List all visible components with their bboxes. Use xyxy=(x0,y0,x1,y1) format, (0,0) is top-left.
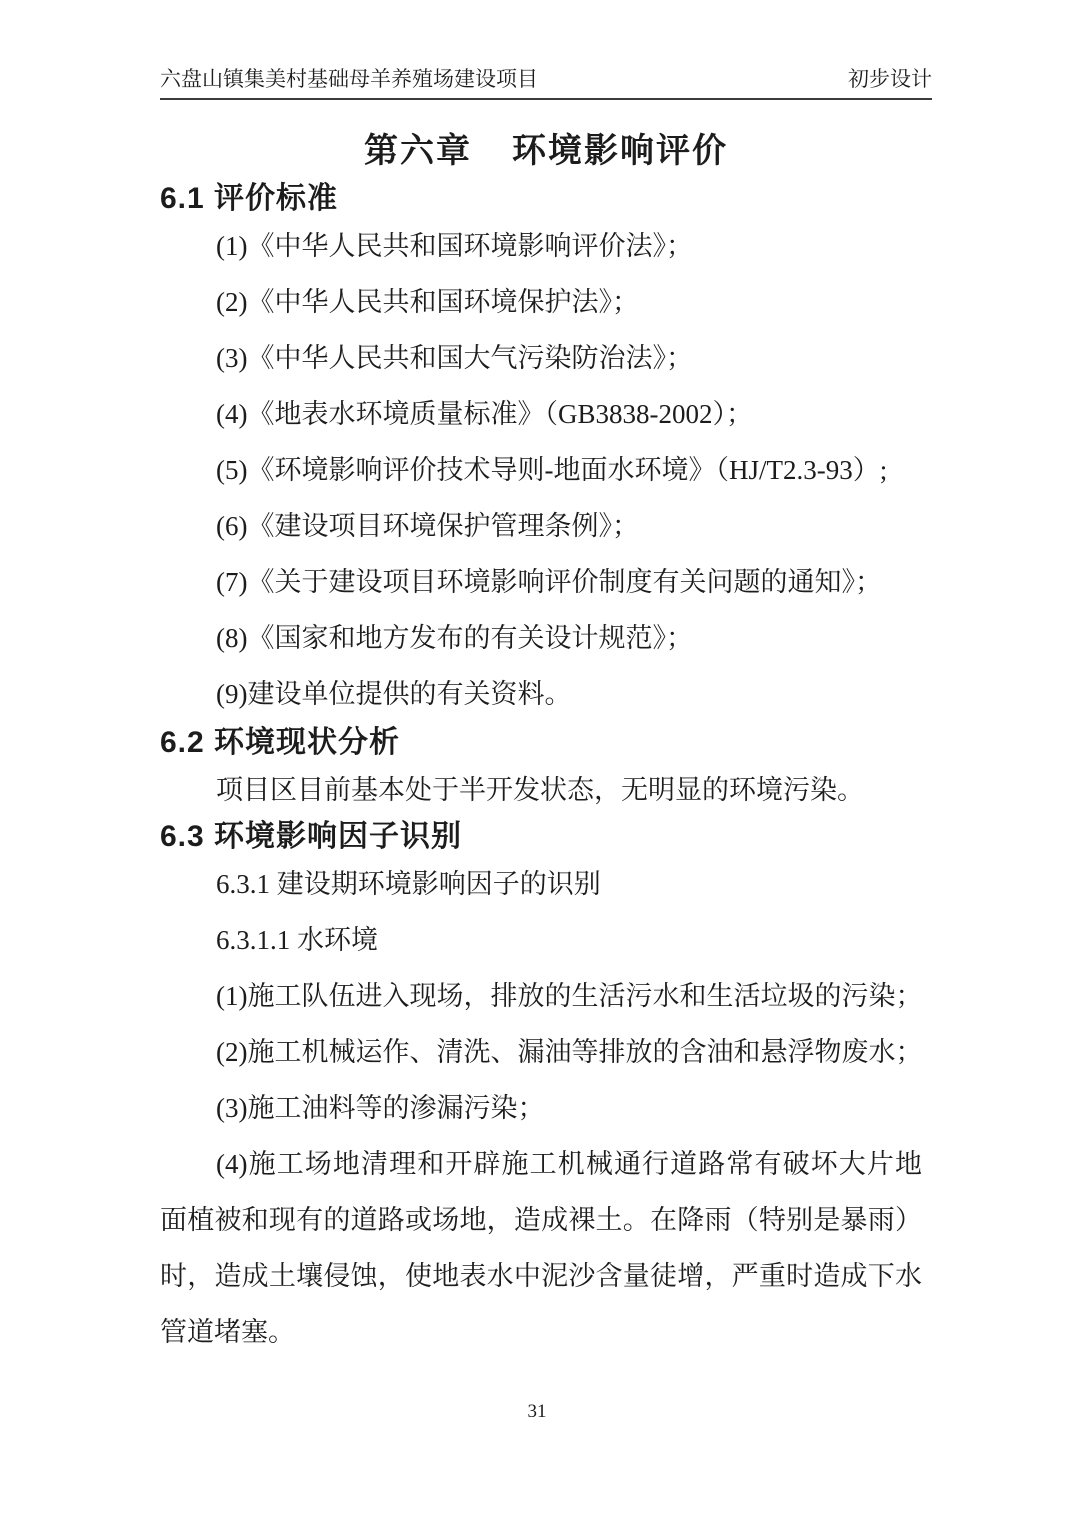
sub-heading-6-3-1-1: 6.3.1.1 水环境 xyxy=(160,912,932,968)
header-doc-type: 初步设计 xyxy=(848,64,932,94)
list-item-6-1-1: (1)《中华人民共和国环境影响评价法》； xyxy=(160,218,932,274)
list-item-6-1-5: (5)《环境影响评价技术导则-地面水环境》（HJ/T2.3-93）; xyxy=(160,442,932,498)
list-item-6-3-4: (4)施工场地清理和开辟施工机械通行道路常有破坏大片地面植被和现有的道路或场地，… xyxy=(160,1136,932,1360)
list-item-6-3-3: (3)施工油料等的渗漏污染； xyxy=(160,1080,932,1136)
list-item-6-1-2: (2)《中华人民共和国环境保护法》； xyxy=(160,274,932,330)
list-item-6-3-1: (1)施工队伍进入现场，排放的生活污水和生活垃圾的污染； xyxy=(160,968,932,1024)
chapter-name: 环境影响评价 xyxy=(512,132,728,170)
body-paragraph-6-2: 项目区目前基本处于半开发状态，无明显的环境污染。 xyxy=(160,762,932,818)
list-item-6-1-7: (7)《关于建设项目环境影响评价制度有关问题的通知》； xyxy=(160,554,932,610)
section-heading-6-1: 6.1 评价标准 xyxy=(160,180,932,218)
sub-heading-6-3-1: 6.3.1 建设期环境影响因子的识别 xyxy=(160,856,932,912)
list-item-6-1-3: (3)《中华人民共和国大气污染防治法》； xyxy=(160,330,932,386)
section-heading-6-2: 6.2 环境现状分析 xyxy=(160,724,932,762)
chapter-title: 第六章环境影响评价 xyxy=(160,128,932,174)
chapter-number: 第六章 xyxy=(364,132,472,170)
header-project-title: 六盘山镇集美村基础母羊养殖场建设项目 xyxy=(160,64,538,94)
list-item-6-1-4: (4)《地表水环境质量标准》（GB3838-2002）； xyxy=(160,386,932,442)
page-number: 31 xyxy=(0,1400,1074,1424)
list-item-6-1-8: (8)《国家和地方发布的有关设计规范》； xyxy=(160,610,932,666)
page-header: 六盘山镇集美村基础母羊养殖场建设项目 初步设计 xyxy=(160,0,932,100)
list-item-6-1-9: (9)建设单位提供的有关资料。 xyxy=(160,666,932,722)
list-item-6-3-2: (2)施工机械运作、清洗、漏油等排放的含油和悬浮物废水； xyxy=(160,1024,932,1080)
document-page: 六盘山镇集美村基础母羊养殖场建设项目 初步设计 第六章环境影响评价 6.1 评价… xyxy=(0,0,1074,1520)
list-item-6-1-6: (6)《建设项目环境保护管理条例》； xyxy=(160,498,932,554)
section-heading-6-3: 6.3 环境影响因子识别 xyxy=(160,818,932,856)
